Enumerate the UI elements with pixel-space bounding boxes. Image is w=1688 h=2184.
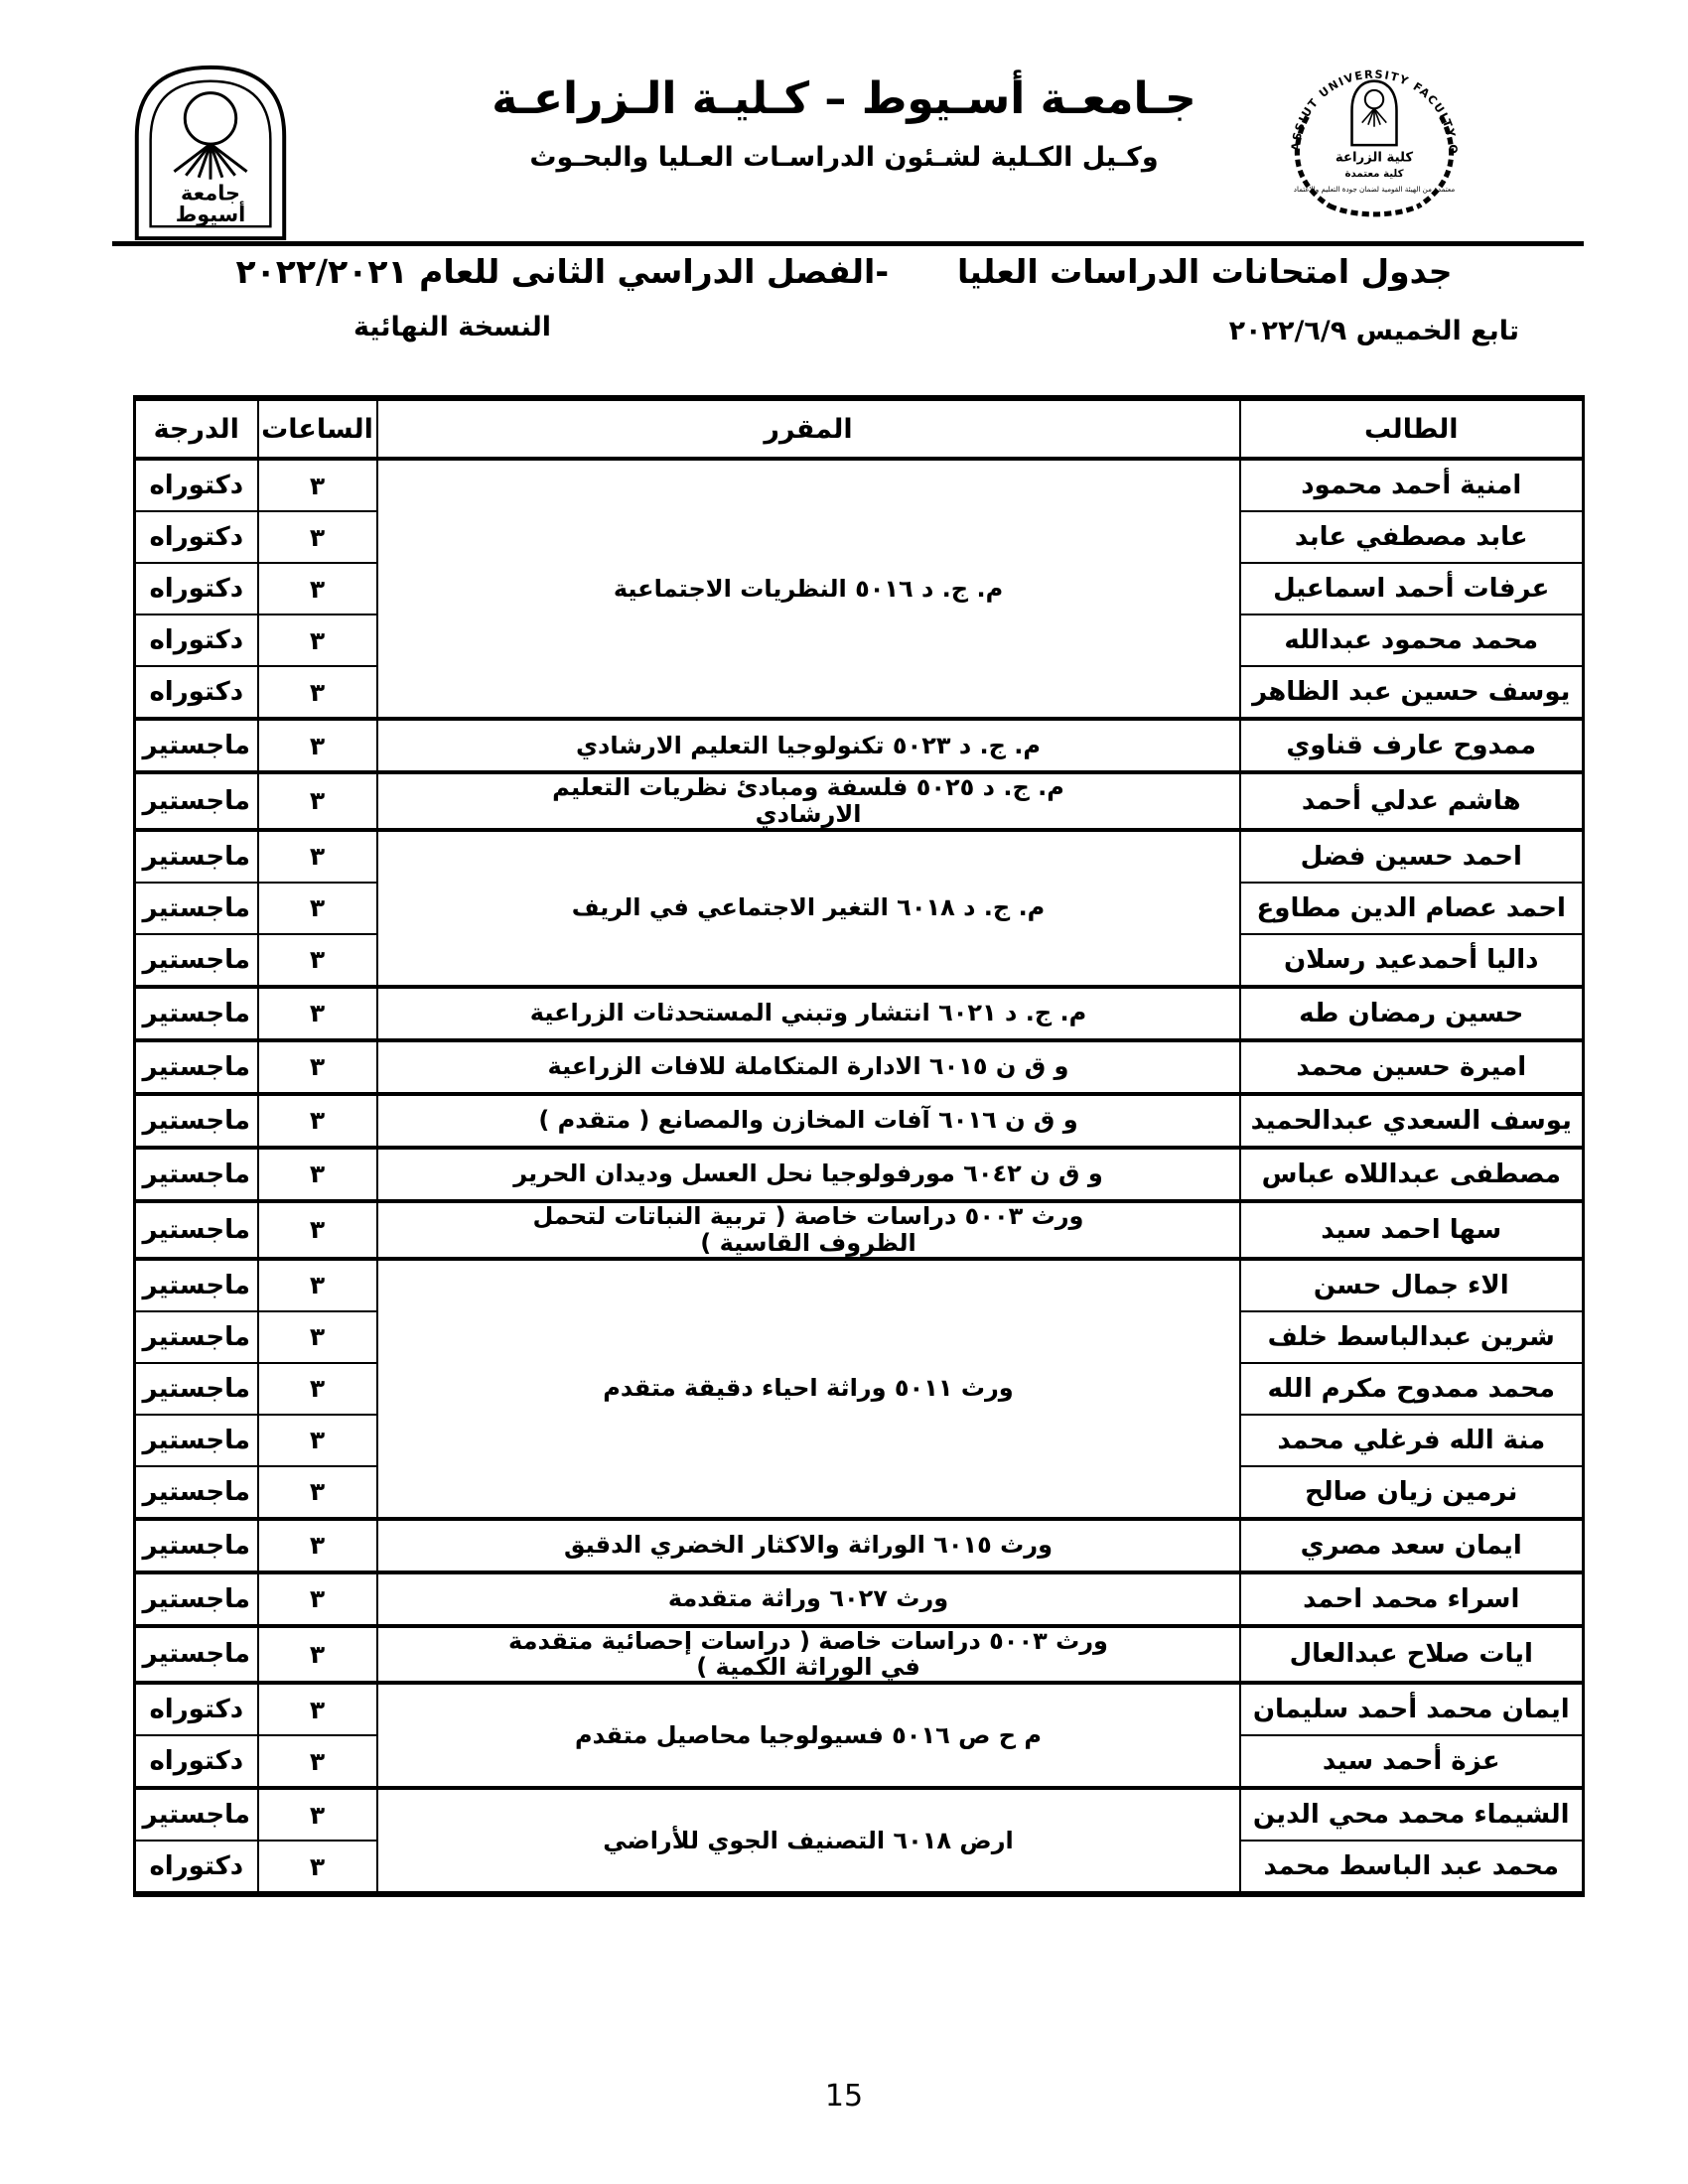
degree-cell: ماجستير: [135, 1201, 258, 1259]
degree-cell: ماجستير: [135, 830, 258, 883]
hours-cell: ٣: [258, 563, 377, 614]
seal-sun-rays-icon: [1362, 108, 1387, 126]
degree-cell: ماجستير: [135, 719, 258, 772]
header-degree: الدرجة: [135, 398, 258, 459]
student-name-cell: نرمين زيان صالح: [1240, 1466, 1584, 1519]
course-cell: م. ج. د ٥٠١٦ النظريات الاجتماعية: [377, 459, 1240, 719]
student-name-cell: احمد عصام الدين مطاوع: [1240, 883, 1584, 934]
degree-cell: ماجستير: [135, 1415, 258, 1466]
table-row: هاشم عدلي أحمدم. ج. د ٥٠٢٥ فلسفة ومبادئ …: [135, 772, 1584, 830]
degree-cell: دكتوراه: [135, 563, 258, 614]
student-name-cell: امنية أحمد محمود: [1240, 459, 1584, 511]
final-version-label: النسخة النهائية: [353, 312, 551, 342]
student-name-cell: عزة أحمد سيد: [1240, 1735, 1584, 1788]
header-section: جـامعـة أسـيوط – كـليـة الـزراعـة وكـيل …: [348, 73, 1340, 173]
table-row: ايات صلاح عبدالعالورث ٥٠٠٣ دراسات خاصة (…: [135, 1626, 1584, 1684]
hours-cell: ٣: [258, 719, 377, 772]
student-name-cell: محمد محمود عبدالله: [1240, 614, 1584, 666]
seal-accredited-text: كلية معتمدة: [1344, 169, 1403, 180]
university-arch-logo: جامعة أسيوط: [125, 58, 296, 244]
hours-cell: ٣: [258, 1259, 377, 1311]
student-name-cell: شرين عبدالباسط خلف: [1240, 1311, 1584, 1363]
student-name-cell: عابد مصطفي عابد: [1240, 511, 1584, 563]
student-name-cell: الاء جمال حسن: [1240, 1259, 1584, 1311]
laurel-wreath-icon: [1297, 116, 1451, 213]
sun-icon: [185, 93, 235, 144]
hours-cell: ٣: [258, 1683, 377, 1735]
course-cell: ارض ٦٠١٨ التصنيف الجوي للأراضي: [377, 1788, 1240, 1894]
degree-cell: دكتوراه: [135, 511, 258, 563]
hours-cell: ٣: [258, 934, 377, 987]
degree-cell: ماجستير: [135, 1040, 258, 1094]
hours-cell: ٣: [258, 1040, 377, 1094]
degree-cell: ماجستير: [135, 1466, 258, 1519]
degree-cell: ماجستير: [135, 1148, 258, 1201]
hours-cell: ٣: [258, 666, 377, 719]
student-name-cell: محمد ممدوح مكرم الله: [1240, 1363, 1584, 1415]
accreditation-seal-logo: ASSIUT UNIVERSITY FACULTY OF AGRICULTURE…: [1283, 50, 1466, 230]
logo-kufic-line2: أسيوط: [176, 200, 246, 226]
hours-cell: ٣: [258, 1148, 377, 1201]
hours-cell: ٣: [258, 1788, 377, 1841]
student-name-cell: عرفات أحمد اسماعيل: [1240, 563, 1584, 614]
degree-cell: ماجستير: [135, 1363, 258, 1415]
hours-cell: ٣: [258, 614, 377, 666]
table-row: مصطفى عبداللاه عباسو ق ن ٦٠٤٢ مورفولوجيا…: [135, 1148, 1584, 1201]
course-cell: م. ج. د ٦٠١٨ التغير الاجتماعي في الريف: [377, 830, 1240, 987]
header-divider: [112, 241, 1584, 246]
degree-cell: ماجستير: [135, 1626, 258, 1684]
degree-cell: دكتوراه: [135, 1735, 258, 1788]
hours-cell: ٣: [258, 830, 377, 883]
student-name-cell: ايات صلاح عبدالعال: [1240, 1626, 1584, 1684]
degree-cell: ماجستير: [135, 772, 258, 830]
hours-cell: ٣: [258, 772, 377, 830]
table-row: سها احمد سيدورث ٥٠٠٣ دراسات خاصة ( تربية…: [135, 1201, 1584, 1259]
table-row: يوسف السعدي عبدالحميدو ق ن ٦٠١٦ آفات الم…: [135, 1094, 1584, 1148]
degree-cell: ماجستير: [135, 1259, 258, 1311]
table-row: ايمان سعد مصريورث ٦٠١٥ الوراثة والاكثار …: [135, 1519, 1584, 1572]
hours-cell: ٣: [258, 511, 377, 563]
schedule-table-head: الطالب المقرر الساعات الدرجة: [135, 398, 1584, 459]
degree-cell: ماجستير: [135, 1311, 258, 1363]
schedule-table-body: امنية أحمد محمودم. ج. د ٥٠١٦ النظريات ال…: [135, 459, 1584, 1894]
table-row: الشيماء محمد محي الدينارض ٦٠١٨ التصنيف ا…: [135, 1788, 1584, 1841]
student-name-cell: الشيماء محمد محي الدين: [1240, 1788, 1584, 1841]
degree-cell: ماجستير: [135, 1094, 258, 1148]
hours-cell: ٣: [258, 987, 377, 1040]
schedule-table: الطالب المقرر الساعات الدرجة امنية أحمد …: [133, 395, 1585, 1897]
header-hours: الساعات: [258, 398, 377, 459]
course-cell: م. ج. د ٥٠٢٥ فلسفة ومبادئ نظريات التعليم…: [377, 772, 1240, 830]
degree-cell: ماجستير: [135, 1572, 258, 1626]
course-cell: ورث ٥٠٠٣ دراسات خاصة ( دراسات إحصائية مت…: [377, 1626, 1240, 1684]
hours-cell: ٣: [258, 883, 377, 934]
table-row: حسين رمضان طهم. ج. د ٦٠٢١ انتشار وتبني ا…: [135, 987, 1584, 1040]
hours-cell: ٣: [258, 1415, 377, 1466]
table-row: امنية أحمد محمودم. ج. د ٥٠١٦ النظريات ال…: [135, 459, 1584, 511]
document-page: جامعة أسيوط جـامعـة أسـيوط – كـليـة الـز…: [0, 0, 1688, 2184]
course-cell: و ق ن ٦٠٤٢ مورفولوجيا نحل العسل وديدان ا…: [377, 1148, 1240, 1201]
table-row: اميرة حسين محمدو ق ن ٦٠١٥ الادارة المتكا…: [135, 1040, 1584, 1094]
page-number: 15: [0, 2079, 1688, 2114]
hours-cell: ٣: [258, 1094, 377, 1148]
course-cell: ورث ٦٠٢٧ وراثة متقدمة: [377, 1572, 1240, 1626]
university-title: جـامعـة أسـيوط – كـليـة الـزراعـة: [348, 73, 1340, 124]
hours-cell: ٣: [258, 1201, 377, 1259]
course-cell: ورث ٥٠١١ وراثة احياء دقيقة متقدم: [377, 1259, 1240, 1519]
logo-kufic-line1: جامعة: [181, 181, 240, 205]
course-cell: و ق ن ٦٠١٦ آفات المخازن والمصانع ( متقدم…: [377, 1094, 1240, 1148]
seal-bottom-text: معتمدة من الهيئة القومية لضمان جودة التع…: [1294, 185, 1456, 194]
course-cell: و ق ن ٦٠١٥ الادارة المتكاملة للافات الزر…: [377, 1040, 1240, 1094]
degree-cell: ماجستير: [135, 987, 258, 1040]
student-name-cell: اسراء محمد احمد: [1240, 1572, 1584, 1626]
degree-cell: دكتوراه: [135, 1683, 258, 1735]
header-course: المقرر: [377, 398, 1240, 459]
hours-cell: ٣: [258, 459, 377, 511]
hours-cell: ٣: [258, 1311, 377, 1363]
sun-rays-icon: [174, 144, 246, 180]
course-cell: م ح ص ٥٠١٦ فسيولوجيا محاصيل متقدم: [377, 1683, 1240, 1788]
seal-ring-text: ASSIUT UNIVERSITY FACULTY OF AGRICULTURE: [1283, 50, 1460, 156]
student-name-cell: ممدوح عارف قناوي: [1240, 719, 1584, 772]
degree-cell: ماجستير: [135, 883, 258, 934]
seal-sun-icon: [1365, 90, 1383, 108]
date-label: تابع الخميس ٢٠٢٢/٦/٩: [1229, 316, 1519, 346]
course-cell: ورث ٥٠٠٣ دراسات خاصة ( تربية النباتات لت…: [377, 1201, 1240, 1259]
course-cell: ورث ٦٠١٥ الوراثة والاكثار الخضري الدقيق: [377, 1519, 1240, 1572]
student-name-cell: ايمان محمد أحمد سليمان: [1240, 1683, 1584, 1735]
hours-cell: ٣: [258, 1363, 377, 1415]
hours-cell: ٣: [258, 1626, 377, 1684]
vice-dean-subtitle: وكـيل الكـلية لشـئون الدراسـات العـليا و…: [348, 142, 1340, 173]
degree-cell: دكتوراه: [135, 666, 258, 719]
student-name-cell: يوسف حسين عبد الظاهر: [1240, 666, 1584, 719]
course-cell: م. ج. د ٦٠٢١ انتشار وتبني المستحدثات الز…: [377, 987, 1240, 1040]
student-name-cell: منة الله فرغلي محمد: [1240, 1415, 1584, 1466]
student-name-cell: يوسف السعدي عبدالحميد: [1240, 1094, 1584, 1148]
table-row: اسراء محمد احمدورث ٦٠٢٧ وراثة متقدمة٣ماج…: [135, 1572, 1584, 1626]
exam-schedule-title: جدول امتحانات الدراسات العليا -الفصل الد…: [109, 252, 1579, 291]
student-name-cell: داليا أحمدعيد رسلان: [1240, 934, 1584, 987]
student-name-cell: احمد حسين فضل: [1240, 830, 1584, 883]
header-row: الطالب المقرر الساعات الدرجة: [135, 398, 1584, 459]
hours-cell: ٣: [258, 1735, 377, 1788]
table-row: احمد حسين فضلم. ج. د ٦٠١٨ التغير الاجتما…: [135, 830, 1584, 883]
header-student: الطالب: [1240, 398, 1584, 459]
student-name-cell: اميرة حسين محمد: [1240, 1040, 1584, 1094]
student-name-cell: محمد عبد الباسط محمد: [1240, 1841, 1584, 1894]
degree-cell: ماجستير: [135, 1788, 258, 1841]
hours-cell: ٣: [258, 1572, 377, 1626]
table-row: الاء جمال حسنورث ٥٠١١ وراثة احياء دقيقة …: [135, 1259, 1584, 1311]
student-name-cell: سها احمد سيد: [1240, 1201, 1584, 1259]
student-name-cell: هاشم عدلي أحمد: [1240, 772, 1584, 830]
degree-cell: ماجستير: [135, 1519, 258, 1572]
course-cell: م. ج. د ٥٠٢٣ تكنولوجيا التعليم الارشادي: [377, 719, 1240, 772]
student-name-cell: مصطفى عبداللاه عباس: [1240, 1148, 1584, 1201]
degree-cell: دكتوراه: [135, 459, 258, 511]
seal-faculty-text: كلية الزراعة: [1336, 150, 1414, 165]
hours-cell: ٣: [258, 1841, 377, 1894]
degree-cell: دكتوراه: [135, 614, 258, 666]
degree-cell: ماجستير: [135, 934, 258, 987]
table-row: ايمان محمد أحمد سليمانم ح ص ٥٠١٦ فسيولوج…: [135, 1683, 1584, 1735]
hours-cell: ٣: [258, 1466, 377, 1519]
degree-cell: دكتوراه: [135, 1841, 258, 1894]
student-name-cell: ايمان سعد مصري: [1240, 1519, 1584, 1572]
student-name-cell: حسين رمضان طه: [1240, 987, 1584, 1040]
hours-cell: ٣: [258, 1519, 377, 1572]
table-row: ممدوح عارف قناويم. ج. د ٥٠٢٣ تكنولوجيا ا…: [135, 719, 1584, 772]
